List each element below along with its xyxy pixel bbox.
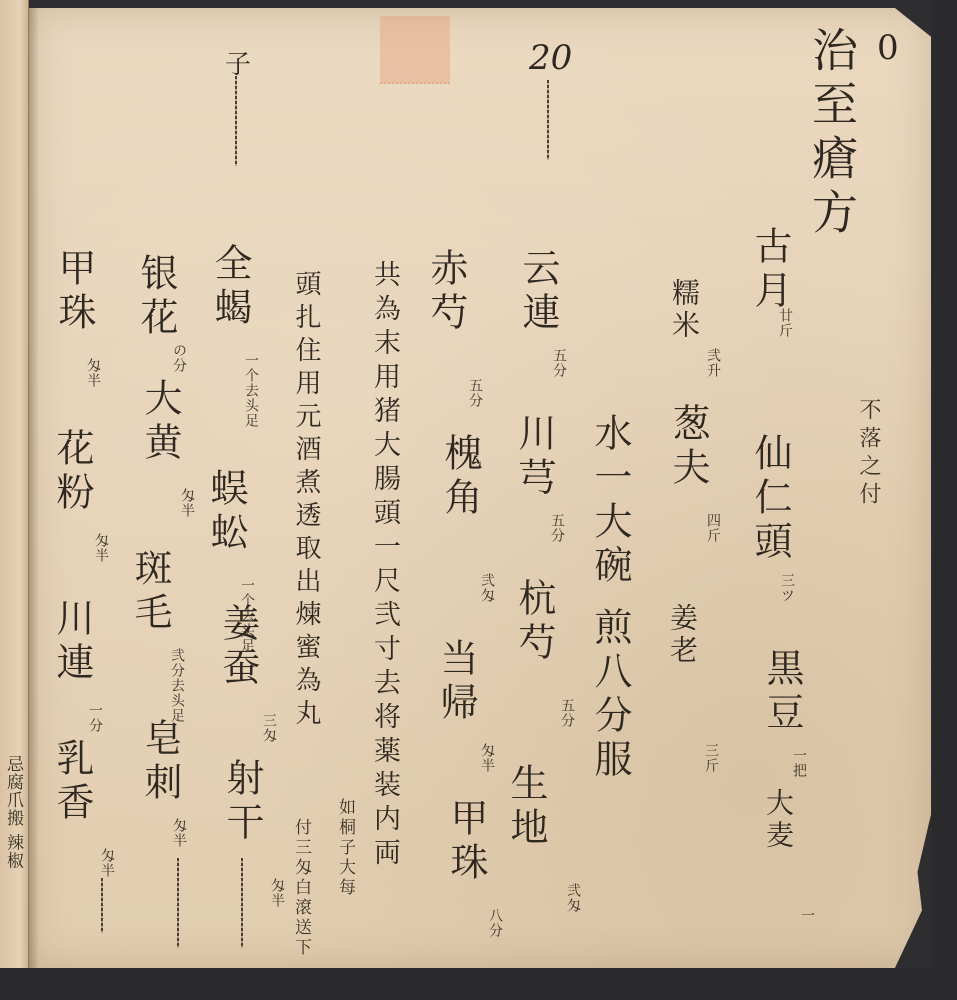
ingredient: 糯米 [669, 278, 699, 342]
ingredient: 生地 [505, 763, 547, 851]
dose: 五分 [467, 378, 483, 408]
ingredient: 花粉 [51, 428, 93, 516]
dose: 匁半 [93, 533, 109, 563]
left-folio-line [235, 76, 237, 166]
instruction: 頭扎住用元酒煮透取出煉蜜為丸 [291, 270, 321, 732]
seal-stamp [380, 16, 450, 84]
title: 治至瘡方 [807, 26, 857, 242]
ingredient: 仙仁頭 [749, 433, 791, 565]
ingredient: 葱夫 [667, 403, 709, 491]
instruction-note: 如桐子大每 [335, 798, 354, 898]
ink-line [177, 858, 179, 948]
dose: 匁半 [85, 358, 101, 388]
dose: 五分 [549, 513, 565, 543]
manuscript-scan: 忌腐爪搬 辣椒 0 20 子 治至瘡方 不落之付 古月 廿斤 仙仁頭 三ツ 黒豆… [0, 0, 957, 1000]
ingredient: 姜老 [667, 603, 697, 667]
dose: 三ツ [779, 573, 795, 603]
ingredient: 甲珠 [53, 248, 95, 336]
dose: 三匁 [261, 713, 277, 743]
dose: 匁半 [171, 818, 187, 848]
dose: 匁半 [179, 488, 195, 518]
ingredient: 云連 [517, 248, 559, 336]
ingredient: 蜈蚣 [205, 468, 247, 556]
ingredient: 斑毛 [129, 548, 171, 636]
ingredient: 槐角 [439, 433, 481, 521]
dose: の分 [171, 343, 187, 373]
ingredient: 黒豆 [761, 648, 803, 736]
previous-page-text: 忌腐爪搬 辣椒 [2, 755, 24, 869]
page-gutter-shadow [29, 8, 39, 968]
ink-line [241, 858, 243, 948]
ingredient: 大黄 [139, 378, 181, 466]
dose: 弐匁 [565, 883, 581, 913]
dose: 一个去头足 [243, 353, 259, 463]
dose: 一把 [791, 748, 807, 778]
scanner-background-right [932, 0, 957, 1000]
ingredient: 川連 [51, 598, 93, 686]
folio-line [547, 80, 549, 160]
instruction: 共為末用猪大腸頭一尺弐寸去将薬装内両 [369, 260, 399, 872]
dose: 八分 [487, 908, 503, 938]
ingredient: 当帰 [435, 638, 477, 726]
ingredient: 赤芍 [425, 248, 467, 336]
ink-line [101, 878, 103, 933]
ingredient: 川芎 [513, 413, 555, 501]
manuscript-page: 0 20 子 治至瘡方 不落之付 古月 廿斤 仙仁頭 三ツ 黒豆 一把 大麦 一… [29, 8, 931, 968]
dose: 弐升 [705, 348, 721, 378]
dose: 匁半 [479, 743, 495, 773]
ingredient: 射干 [221, 758, 263, 846]
title-note: 不落之付 [855, 398, 881, 510]
ingredient: 大麦 [763, 788, 793, 852]
dose: 一分 [87, 703, 103, 733]
dose: 弐匁 [479, 573, 495, 603]
dose: 五分 [559, 698, 575, 728]
corner-mark: 0 [877, 28, 899, 68]
instruction-note: 付三匁白滾送下 [291, 818, 310, 958]
dose: 廿斤 [777, 308, 793, 338]
ingredient: 全蝎 [209, 243, 251, 331]
ingredient: 古月 [749, 226, 791, 314]
dose: 匁半 [269, 878, 285, 908]
instruction: 水一大碗 煎八分服 [589, 413, 631, 783]
scanner-background-bottom [0, 968, 957, 1000]
ingredient: 乳香 [51, 738, 93, 826]
dose: 五分 [551, 348, 567, 378]
ingredient: 银花 [135, 253, 177, 341]
ingredient: 甲珠 [445, 798, 487, 886]
dose: 一 [799, 908, 815, 923]
ingredient: 杭芍 [513, 578, 555, 666]
dose: 三斤 [703, 743, 719, 773]
left-folio-mark: 子 [225, 44, 251, 81]
dose: 匁半 [99, 848, 115, 878]
ingredient: 皂刺 [139, 718, 181, 806]
ingredient: 姜蚕 [217, 603, 259, 691]
folio-mark: 20 [529, 38, 572, 78]
dose: 四斤 [705, 513, 721, 543]
previous-page-edge: 忌腐爪搬 辣椒 [0, 0, 29, 968]
